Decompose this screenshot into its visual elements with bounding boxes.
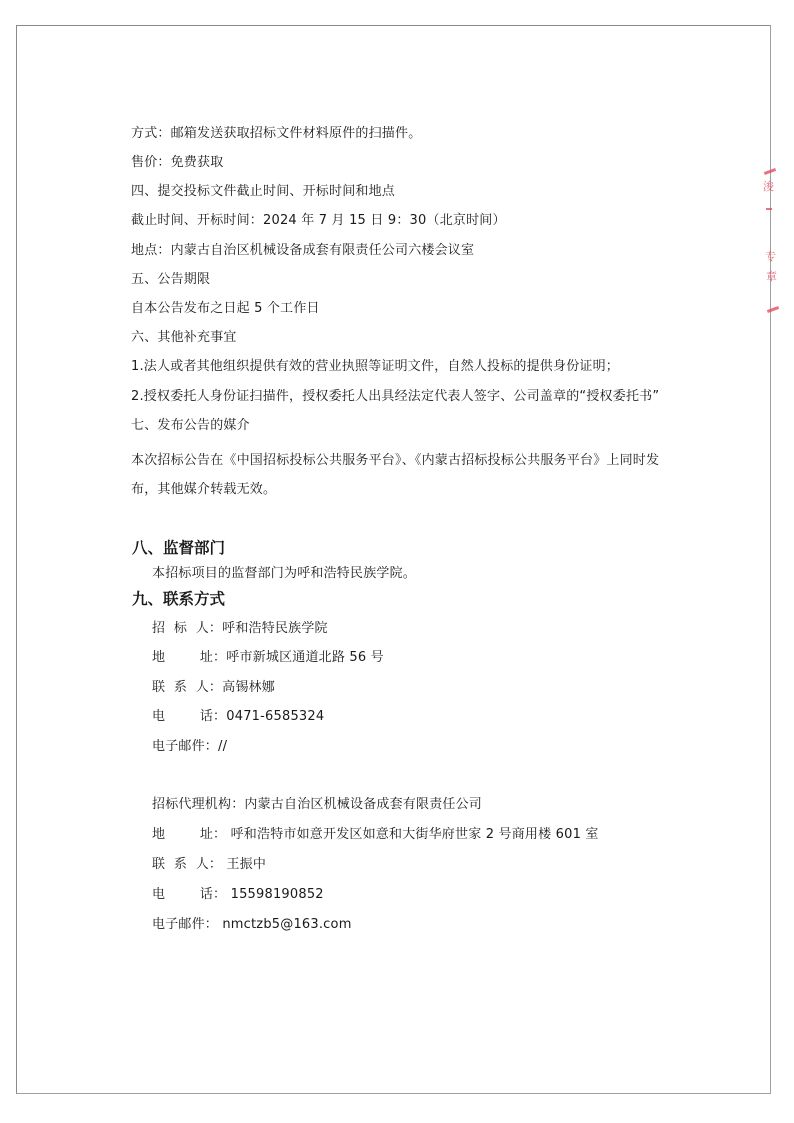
tenderer-address-row: 地 址：呼市新城区通道北路 56 号 [152,650,384,666]
method-line: 方式：邮箱发送获取招标文件材料原件的扫描件。 [131,126,421,142]
agency-email-row: 电子邮件： nmctzb5@163.com [152,917,352,933]
tenderer-value: 呼和浩特民族学院 [222,621,328,636]
agency-address-row: 地 址： 呼和浩特市如意开发区如意和大街华府世家 2 号商用楼 601 室 [152,827,599,843]
section5-heading: 五、公告期限 [131,272,210,288]
section8-heading: 八、监督部门 [132,539,225,557]
agency-row: 招标代理机构：内蒙古自治区机械设备成套有限责任公司 [152,797,482,813]
section9-heading: 九、联系方式 [132,590,225,608]
supplement-item-2: 2.授权委托人身份证扫描件，授权委托人出具经法定代表人签字、公司盖章的“授权委托… [131,389,659,405]
tenderer-contact-row: 联 系 人：高锡林娜 [152,680,275,696]
tenderer-phone-row: 电 话：0471-6585324 [152,709,324,725]
section4-heading: 四、提交投标文件截止时间、开标时间和地点 [131,184,395,200]
agency-phone-row: 电 话： 15598190852 [152,887,324,903]
media-line-2: 布，其他媒介转载无效。 [131,482,276,498]
period-line: 自本公告发布之日起 5 个工作日 [131,301,320,317]
supervision-line: 本招标项目的监督部门为呼和浩特民族学院。 [152,566,416,582]
section7-heading: 七、发布公告的媒介 [131,418,250,434]
seal-stamp-fragment: 浚 专 章 [760,160,782,320]
tenderer-row: 招 标 人：呼和浩特民族学院 [152,621,328,637]
deadline-line: 截止时间、开标时间：2024 年 7 月 15 日 9：30（北京时间） [131,213,506,229]
media-line-1: 本次招标公告在《中国招标投标公共服务平台》、《内蒙古招标投标公共服务平台》上同时… [131,453,659,469]
tenderer-email-row: 电子邮件：// [152,739,227,755]
price-line: 售价：免费获取 [131,155,223,171]
agency-contact-row: 联 系 人： 王振中 [152,857,266,873]
location-line: 地点：内蒙古自治区机械设备成套有限责任公司六楼会议室 [131,243,474,259]
supplement-item-1: 1.法人或者其他组织提供有效的营业执照等证明文件，自然人投标的提供身份证明； [131,359,619,375]
section6-heading: 六、其他补充事宜 [131,330,237,346]
